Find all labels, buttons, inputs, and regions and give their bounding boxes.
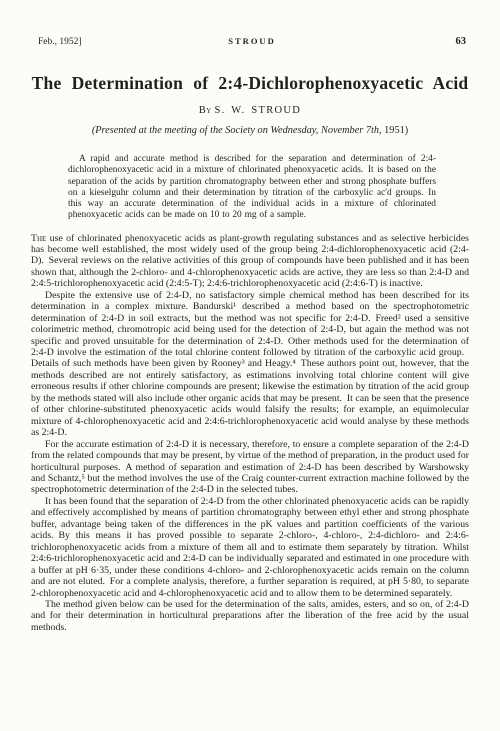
journal-page: Feb., 1952] STROUD 63 The Determination … (0, 0, 500, 731)
body-paragraph: The use of chlorinated phenoxyacetic aci… (31, 233, 469, 290)
author-name: S. W. STROUD (214, 105, 301, 116)
article-body: The use of chlorinated phenoxyacetic aci… (31, 233, 469, 634)
byline-prefix: By (199, 105, 212, 116)
body-paragraph: The method given below can be used for t… (31, 599, 469, 633)
paragraph-text: use of chlorinated phenoxyacetic acids a… (31, 233, 469, 290)
header-running-head: STROUD (181, 36, 324, 46)
presentation-note-text: (Presented at the meeting of the Society… (92, 125, 384, 136)
header-page-number: 63 (323, 36, 466, 47)
byline: By S. W. STROUD (0, 105, 500, 116)
paragraph-lead-word: The (31, 233, 46, 244)
presentation-note: (Presented at the meeting of the Society… (0, 125, 500, 136)
article-title: The Determination of 2:4-Dichlorophenoxy… (0, 73, 500, 94)
body-paragraph: Despite the extensive use of 2:4-D, no s… (31, 290, 469, 439)
abstract: A rapid and accurate method is described… (68, 154, 436, 222)
page-header: Feb., 1952] STROUD 63 (0, 0, 500, 47)
header-issue-date: Feb., 1952] (38, 37, 181, 47)
body-paragraph: For the accurate estimation of 2:4-D it … (31, 439, 469, 496)
presentation-note-year: 1951) (384, 125, 408, 136)
body-paragraph: It has been found that the separation of… (31, 496, 469, 599)
